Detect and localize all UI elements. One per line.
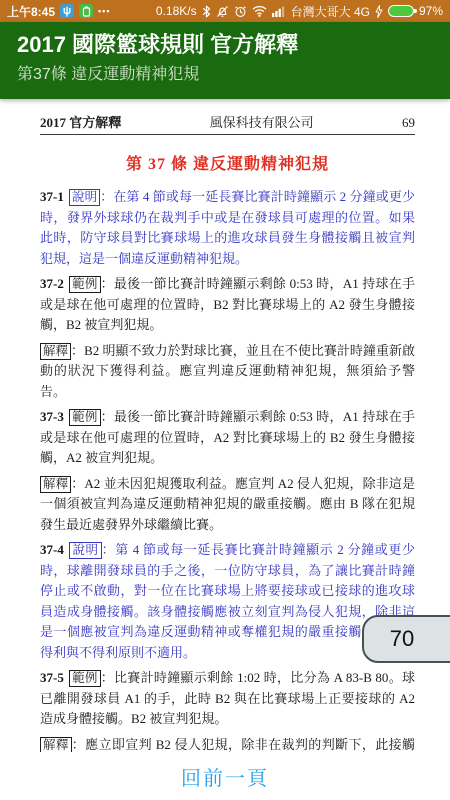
doc-header-publisher: 風保科技有限公司 [121,112,402,131]
block-colon: ： [71,476,84,491]
back-previous-page-button[interactable]: 回前一頁 [181,762,269,791]
doc-block-37-2-interpretation: 解釋：B2 明顯不致力於對球比賽，並且在不使比賽計時鐘重新啟動的狀況下獲得利益。… [40,341,415,403]
block-label: 解釋 [40,737,72,754]
block-number: 37-1 [40,189,64,204]
block-colon: ： [102,542,116,557]
clock-time: 上午8:45 [7,3,55,20]
block-colon: ： [101,409,114,424]
document-running-header: 2017 官方解釋 風保科技有限公司 69 [40,112,415,135]
usb-connected-icon: ψ [60,4,74,18]
battery-level-icon [388,5,414,17]
block-colon: ： [72,737,85,752]
doc-block-37-3: 37-3範例：最後一節比賽計時鐘顯示剩餘 0:53 時，A1 持球在手或是球在他… [40,407,415,469]
next-page-jump-button[interactable]: 70 [362,615,450,663]
more-notifications-icon: ••• [98,6,110,16]
block-label: 範例 [69,276,101,293]
bottom-nav-bar: 回前一頁 [0,752,450,800]
block-number: 37-4 [40,542,64,557]
block-label: 範例 [69,670,101,687]
doc-block-37-3-interpretation: 解釋：A2 並未因犯規獲取利益。應宣判 A2 侵人犯規，除非這是一個須被宣判為違… [40,474,415,536]
article-title: 第 37 條 違反運動精神犯規 [40,151,415,174]
block-text: B2 明顯不致力於對球比賽，並且在不使比賽計時鐘重新啟動的狀況下獲得利益。應宣判… [40,343,415,399]
notifications-muted-icon [216,5,229,18]
document-page[interactable]: 2017 官方解釋 風保科技有限公司 69 第 37 條 違反運動精神犯規 37… [0,99,450,776]
block-number: 37-5 [40,670,64,685]
charging-icon [375,5,383,18]
doc-block-37-2: 37-2範例：最後一節比賽計時鐘顯示剩餘 0:53 時，A1 持球在手或是球在他… [40,274,415,336]
bluetooth-icon [202,5,211,18]
signal-strength-icon [272,5,286,17]
status-bar: 上午8:45 ψ ••• 0.18K/s 台灣大哥大 4G 97% [0,0,450,22]
block-label: 解釋 [40,343,71,360]
app-header: 2017 國際籃球規則 官方解釋 第37條 違反運動精神犯規 [0,22,450,99]
block-label: 解釋 [40,476,71,493]
doc-header-left: 2017 官方解釋 [40,112,121,131]
block-label: 說明 [69,542,102,559]
wifi-icon [252,5,267,17]
doc-block-37-4: 37-4說明：第 4 節或每一延長賽比賽計時鐘顯示 2 分鐘或更少時，球離開發球… [40,540,415,663]
block-colon: ： [100,189,113,204]
doc-block-37-1: 37-1說明：在第 4 節或每一延長賽比賽計時鐘顯示 2 分鐘或更少時，發界外球… [40,187,415,269]
block-number: 37-3 [40,409,64,424]
block-label: 範例 [69,409,101,426]
carrier-label: 台灣大哥大 4G [291,3,370,20]
doc-block-37-5: 37-5範例：比賽計時鐘顯示剩餘 1:02 時，比分為 A 83-B 80。球已… [40,668,415,730]
battery-percent: 97% [419,4,443,18]
block-colon: ： [101,670,114,685]
battery-app-icon [79,4,93,18]
doc-header-page-number: 69 [402,115,415,131]
network-speed: 0.18K/s [156,4,197,18]
block-colon: ： [71,343,84,358]
block-number: 37-2 [40,276,64,291]
block-text: 第 4 節或每一延長賽比賽計時鐘顯示 2 分鐘或更少時，球離開發球員的手之後，一… [40,542,415,660]
alarm-clock-icon [234,5,247,18]
block-text: A2 並未因犯規獲取利益。應宣判 A2 侵人犯規，除非這是一個須被宣判為違反運動… [40,476,415,532]
phone-screen: 上午8:45 ψ ••• 0.18K/s 台灣大哥大 4G 97% 2017 國… [0,0,450,800]
app-title: 2017 國際籃球規則 官方解釋 [17,30,433,60]
app-subtitle: 第37條 違反運動精神犯規 [17,63,433,87]
block-colon: ： [101,276,114,291]
block-label: 說明 [69,189,100,206]
